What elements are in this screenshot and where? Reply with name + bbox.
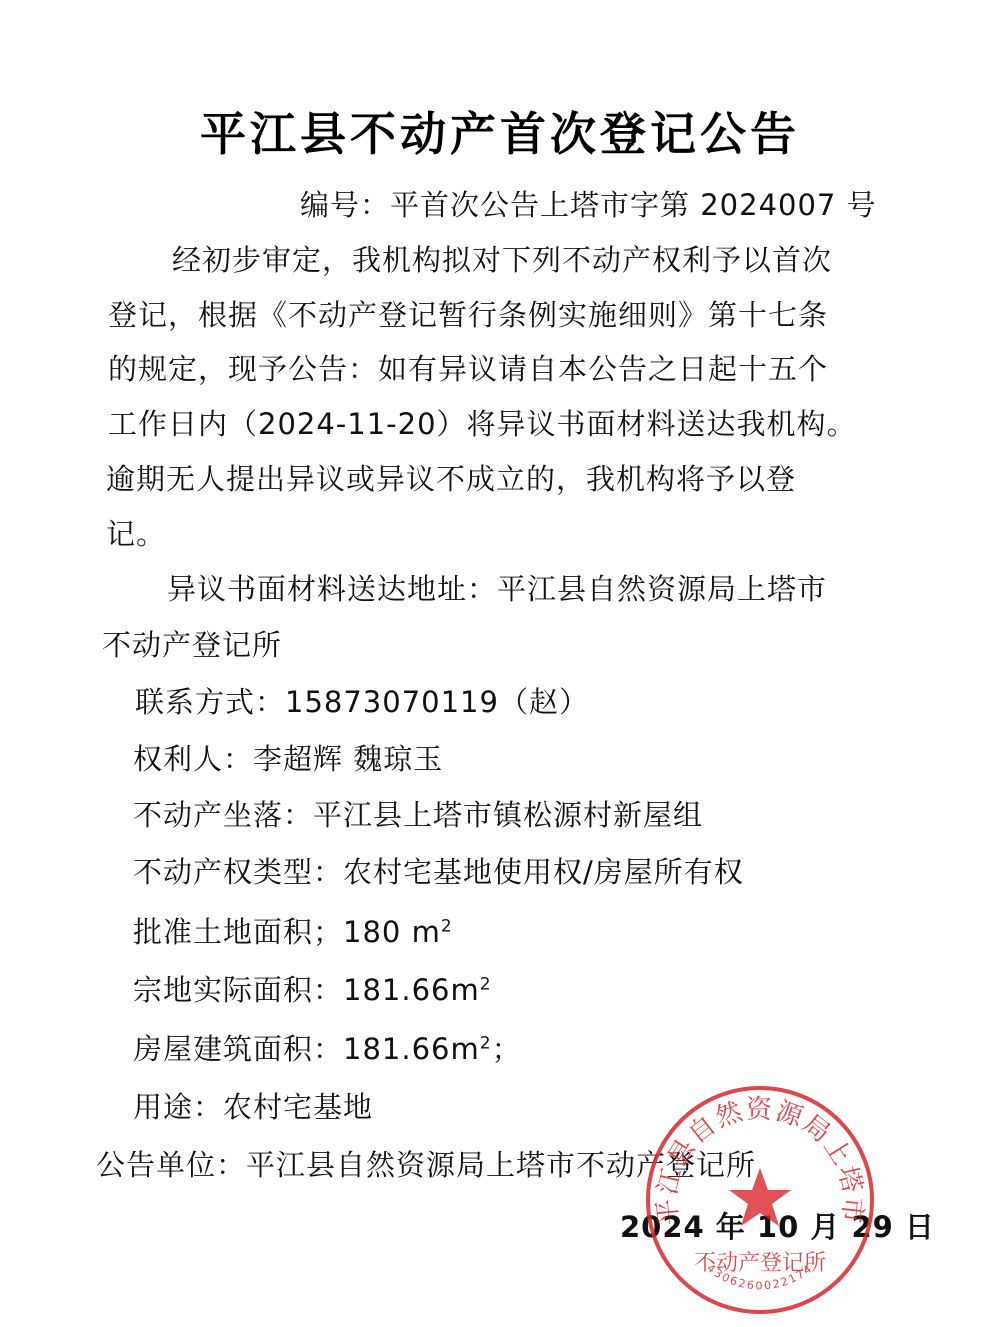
body-line-6: 记。 <box>106 512 166 553</box>
owners-field: 权利人：李超辉 魏琼玉 <box>133 737 443 778</box>
body-line-2: 登记，根据《不动产登记暂行条例实施细则》第十七条 <box>108 293 828 334</box>
building-area-text: 房屋建筑面积：181.66m <box>133 1032 480 1066</box>
body-line-3: 的规定，现予公告：如有异议请自本公告之日起十五个 <box>108 347 828 388</box>
right-type-field: 不动产权类型：农村宅基地使用权/房屋所有权 <box>133 850 744 891</box>
address-line-2: 不动产登记所 <box>102 623 282 664</box>
superscript-2: 2 <box>441 916 453 936</box>
document-number: 编号：平首次公告上塔市字第 2024007 号 <box>300 183 877 224</box>
document-title: 平江县不动产首次登记公告 <box>0 98 1000 164</box>
svg-text:不动产登记所: 不动产登记所 <box>694 1251 826 1276</box>
building-area-suffix: ； <box>492 1032 522 1066</box>
building-area-field: 房屋建筑面积：181.66m2； <box>133 1027 522 1068</box>
approved-area-text: 批准土地面积；180 m <box>133 915 441 949</box>
usage-field: 用途：农村宅基地 <box>133 1085 373 1126</box>
superscript-2: 2 <box>480 974 492 994</box>
svg-text:4306260022174: 4306260022174 <box>704 1261 815 1292</box>
superscript-2: 2 <box>480 1033 492 1053</box>
actual-area-text: 宗地实际面积：181.66m <box>133 973 480 1007</box>
body-line-1: 经初步审定，我机构拟对下列不动产权利予以首次 <box>172 238 832 279</box>
contact-field: 联系方式：15873070119（赵） <box>135 680 589 721</box>
official-seal-icon: 平江县自然资源局上塔市 不动产登记所 4306260022174 <box>640 1080 880 1320</box>
actual-area-field: 宗地实际面积：181.66m2 <box>133 968 492 1009</box>
approved-area-field: 批准土地面积；180 m2 <box>133 910 453 951</box>
date-line: 2024 年 10 月 29 日 <box>620 1205 935 1246</box>
location-field: 不动产坐落：平江县上塔市镇松源村新屋组 <box>133 793 703 834</box>
address-line-1: 异议书面材料送达地址：平江县自然资源局上塔市 <box>167 567 827 608</box>
body-line-5: 逾期无人提出异议或异议不成立的，我机构将予以登 <box>106 457 796 498</box>
body-line-4: 工作日内（2024-11-20）将异议书面材料送达我机构。 <box>108 402 857 443</box>
issuer-line: 公告单位：平江县自然资源局上塔市不动产登记所 <box>96 1143 756 1184</box>
